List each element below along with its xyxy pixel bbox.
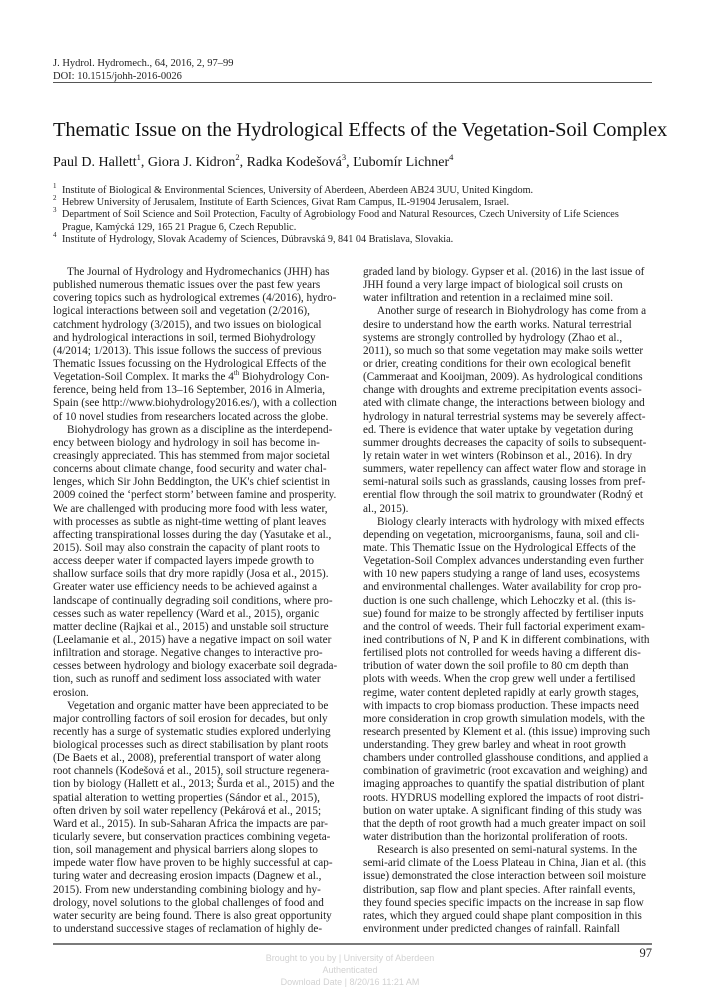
body-text-line: drology, novel solutions to the global c… [53, 897, 343, 910]
body-text-line: infiltration and storage. Negative chang… [53, 647, 343, 660]
watermark-line: Authenticated [230, 964, 470, 976]
body-text-line: Vegetation-Soil Complex. It marks the 4t… [53, 371, 343, 384]
body-text-line: cesses between hydrology and biology exa… [53, 660, 343, 673]
body-text-line: Biology clearly interacts with hydrology… [363, 516, 653, 529]
body-text-line: tion by biology (Hallett et al., 2013; Š… [53, 778, 343, 791]
body-text-line: al., 2015). [363, 503, 653, 516]
body-text-line: Ward et al., 2015). In sub-Saharan Afric… [53, 818, 343, 831]
body-text-line: water security are being found. There is… [53, 910, 343, 923]
body-text-line: environment under predicted changes of r… [363, 923, 653, 936]
body-text-line: ined contributions of N, P and K in diff… [363, 634, 653, 647]
body-text-line: Biohydrology has grown as a discipline a… [53, 424, 343, 437]
body-text-line: ency between biology and hydrology in so… [53, 437, 343, 450]
body-text-line: 2009 coined the ‘perfect storm’ between … [53, 489, 343, 502]
body-text-line: shallow surface soils that dry more rapi… [53, 568, 343, 581]
affiliation-number: 2 [53, 195, 57, 202]
watermark-line: Brought to you by | University of Aberde… [230, 952, 470, 964]
body-text-line: bution on water uptake. A significant fi… [363, 805, 653, 818]
body-text-line: affecting transpirational losses during … [53, 529, 343, 542]
body-text-line: change with droughts and extreme precipi… [363, 384, 653, 397]
body-text-line: desire to understand how the earth works… [363, 319, 653, 332]
body-text-line: imaging approaches to quantify the spati… [363, 778, 653, 791]
affiliation-text: Hebrew University of Jerusalem, Institut… [62, 197, 658, 209]
affiliation-text: Institute of Hydrology, Slovak Academy o… [62, 234, 658, 246]
author-name: Radka Kodešová [247, 155, 342, 170]
body-text-line: creasingly appreciated. This has stemmed… [53, 450, 343, 463]
body-text-line: (Cammeraat and Kooijman, 2009). As hydro… [363, 371, 653, 384]
body-column-right: graded land by biology. Gypser et al. (2… [363, 266, 653, 936]
body-text-line: and the control of weeds. Their full fac… [363, 621, 653, 634]
body-text-line: ed. There is evidence that water uptake … [363, 424, 653, 437]
affiliation-text: Prague, Kamýcká 129, 165 21 Prague 6, Cz… [62, 222, 658, 234]
body-text-line: (4/2014; 1/2013). This issue follows the… [53, 345, 343, 358]
body-text-line: or drier, creating conditions for their … [363, 358, 653, 371]
body-text-line: rates, which they argued could shape pla… [363, 910, 653, 923]
body-text-line: concerns about climate change, food secu… [53, 463, 343, 476]
body-text-line: turing water and decreasing erosion impa… [53, 870, 343, 883]
author-separator: , [240, 155, 247, 170]
body-text-line: ticularly severe, but conservation pract… [53, 831, 343, 844]
body-text-line: Thematic Issues focussing on the Hydrolo… [53, 358, 343, 371]
body-text-line: landscape of continually degrading soil … [53, 595, 343, 608]
body-text-line: tion, soil management and physical barri… [53, 844, 343, 857]
affiliation: 3Department of Soil Science and Soil Pro… [53, 209, 658, 233]
body-text-line: to understand successive stages of recla… [53, 923, 343, 936]
body-text-line: plots with weeds. When the crop grew wel… [363, 673, 653, 686]
header-rule [53, 82, 652, 83]
body-text-line: systems are strongly controlled by hydro… [363, 332, 653, 345]
body-text-line: biological processes such as direct stab… [53, 739, 343, 752]
body-column-left: The Journal of Hydrology and Hydromechan… [53, 266, 343, 936]
body-text-line: chambers under controlled glasshouse con… [363, 752, 653, 765]
body-text-line: hydrology in natural terrestrial systems… [363, 411, 653, 424]
footer-rule [53, 943, 652, 945]
affiliation-text: Institute of Biological & Environmental … [62, 185, 658, 197]
body-text-line: (Leelamanie et al., 2015) have a negativ… [53, 634, 343, 647]
body-text-line: logical interactions between soil and ve… [53, 305, 343, 318]
body-text-line: combination of gravimetric (root excavat… [363, 765, 653, 778]
body-text-line: Vegetation and organic matter have been … [53, 700, 343, 713]
body-text-line: erential flow through the soil matrix to… [363, 489, 653, 502]
body-text-line: catchment hydrology (3/2015), and two is… [53, 319, 343, 332]
body-text-line: often driven by soil water repellency (P… [53, 805, 343, 818]
body-text-line: recently has a surge of systematic studi… [53, 726, 343, 739]
affiliation: 4Institute of Hydrology, Slovak Academy … [53, 234, 658, 246]
affiliation-number: 3 [53, 207, 57, 214]
author-name: Paul D. Hallett [53, 155, 137, 170]
body-text-line: that the depth of root growth had a much… [363, 818, 653, 831]
journal-citation: J. Hydrol. Hydromech., 64, 2016, 2, 97–9… [53, 58, 652, 71]
affiliations: 1Institute of Biological & Environmental… [53, 185, 658, 246]
body-text-line: published numerous thematic issues over … [53, 279, 343, 292]
body-text-line: ated with climate change, the interactio… [363, 397, 653, 410]
body-text-line: tion, such as runoff and sediment loss a… [53, 673, 343, 686]
body-text-line: fertilised plots not controlled for weed… [363, 647, 653, 660]
body-text-line: matter decline (Rajkai et al., 2015) and… [53, 621, 343, 634]
body-text-line: summer droughts decreases the capacity o… [363, 437, 653, 450]
author-list: Paul D. Hallett1, Giora J. Kidron2, Radk… [53, 154, 453, 171]
body-text-line: Spain (see http://www.biohydrology2016.e… [53, 397, 343, 410]
affiliation-number: 4 [53, 232, 57, 239]
body-text-line: Vegetation-Soil Complex advances underst… [363, 555, 653, 568]
affiliation-text: Department of Soil Science and Soil Prot… [62, 209, 658, 221]
body-text-line: The Journal of Hydrology and Hydromechan… [53, 266, 343, 279]
body-text-line: water infiltration and retention in a re… [363, 292, 653, 305]
body-text-line: Research is also presented on semi-natur… [363, 844, 653, 857]
paper-title: Thematic Issue on the Hydrological Effec… [53, 118, 693, 142]
body-text-line: understanding. They grew barley and whea… [363, 739, 653, 752]
body-text-line: and hydrological interactions in soil, t… [53, 332, 343, 345]
body-text-line: they found species specific impacts on t… [363, 897, 653, 910]
body-text-line: graded land by biology. Gypser et al. (2… [363, 266, 653, 279]
body-text-line: of 10 novel studies from researchers loc… [53, 411, 343, 424]
body-text-line: regime, water content depleted rapidly a… [363, 687, 653, 700]
body-text-line: 2015). Soil may also constrain the capac… [53, 542, 343, 555]
body-text-line: summers, water repellency can affect wat… [363, 463, 653, 476]
body-text-line: and environmental challenges. Water avai… [363, 581, 653, 594]
author-affiliation-marker: 4 [449, 152, 453, 162]
body-text-line: with impacts to crop biomass production.… [363, 700, 653, 713]
author-name: Ľubomír Lichner [353, 155, 449, 170]
body-text-line: water distribution than the horizontal p… [363, 831, 653, 844]
page-number: 97 [640, 946, 653, 961]
download-watermark: Brought to you by | University of Aberde… [230, 952, 470, 988]
watermark-line: Download Date | 8/20/16 11:21 AM [230, 976, 470, 988]
affiliation-number: 1 [53, 183, 57, 190]
body-text-line: semi-arid climate of the Loess Plateau i… [363, 857, 653, 870]
text-fragment: Biohydrology Con- [239, 371, 329, 383]
body-text-line: research presented by Klement et al. (th… [363, 726, 653, 739]
body-text-line: more consideration in crop growth simula… [363, 713, 653, 726]
body-text-line: access deeper water if compacted layers … [53, 555, 343, 568]
body-text-line: with 10 new papers studying a range of l… [363, 568, 653, 581]
body-text-line: cesses such as water repellency (Ward et… [53, 608, 343, 621]
body-text-line: semi-natural soils such as grasslands, c… [363, 476, 653, 489]
body-text-line: (De Baets et al., 2008), preferential tr… [53, 752, 343, 765]
body-text-line: tribution of water down the soil profile… [363, 660, 653, 673]
body-text-line: erosion. [53, 687, 343, 700]
affiliation: 2Hebrew University of Jerusalem, Institu… [53, 197, 658, 209]
body-text-line: major controlling factors of soil erosio… [53, 713, 343, 726]
affiliation: 1Institute of Biological & Environmental… [53, 185, 658, 197]
body-text-line: distribution, sap flow and plant species… [363, 884, 653, 897]
body-text-line: spatial alteration to wetting properties… [53, 792, 343, 805]
body-text-line: JHH found a very large impact of biologi… [363, 279, 653, 292]
body-text-line: sue) found for maize to be strongly affe… [363, 608, 653, 621]
author-name: Giora J. Kidron [148, 155, 236, 170]
body-text-line: 2011), so much so that some vegetation m… [363, 345, 653, 358]
body-text-line: Another surge of research in Biohydrolog… [363, 305, 653, 318]
journal-header: J. Hydrol. Hydromech., 64, 2016, 2, 97–9… [53, 58, 652, 83]
body-text-line: root channels (Kodešová et al., 2015), s… [53, 765, 343, 778]
body-text-line: covering topics such as hydrological ext… [53, 292, 343, 305]
body-text-line: depending on vegetation, microorganisms,… [363, 529, 653, 542]
text-fragment: Vegetation-Soil Complex. It marks the 4 [53, 371, 234, 383]
body-text-line: ly retain water in wet winters (Robinson… [363, 450, 653, 463]
body-text-line: with processes as subtle as night-time w… [53, 516, 343, 529]
body-text-line: ference, being held from 13–16 September… [53, 384, 343, 397]
body-text-line: We are challenged with producing more fo… [53, 503, 343, 516]
body-text-line: impede water flow have proven to be high… [53, 857, 343, 870]
body-text-line: lenges, which Sir John Beddington, the U… [53, 476, 343, 489]
body-text-line: mate. This Thematic Issue on the Hydrolo… [363, 542, 653, 555]
body-text-line: roots. HYDRUS modelling explored the imp… [363, 792, 653, 805]
body-text-line: duction is one such challenge, which Leh… [363, 595, 653, 608]
author-separator: , [141, 155, 148, 170]
body-text-line: Greater water use efficiency needs to be… [53, 581, 343, 594]
body-text-line: issue) demonstrated the close interactio… [363, 870, 653, 883]
body-text-line: 2015). From new understanding combining … [53, 884, 343, 897]
